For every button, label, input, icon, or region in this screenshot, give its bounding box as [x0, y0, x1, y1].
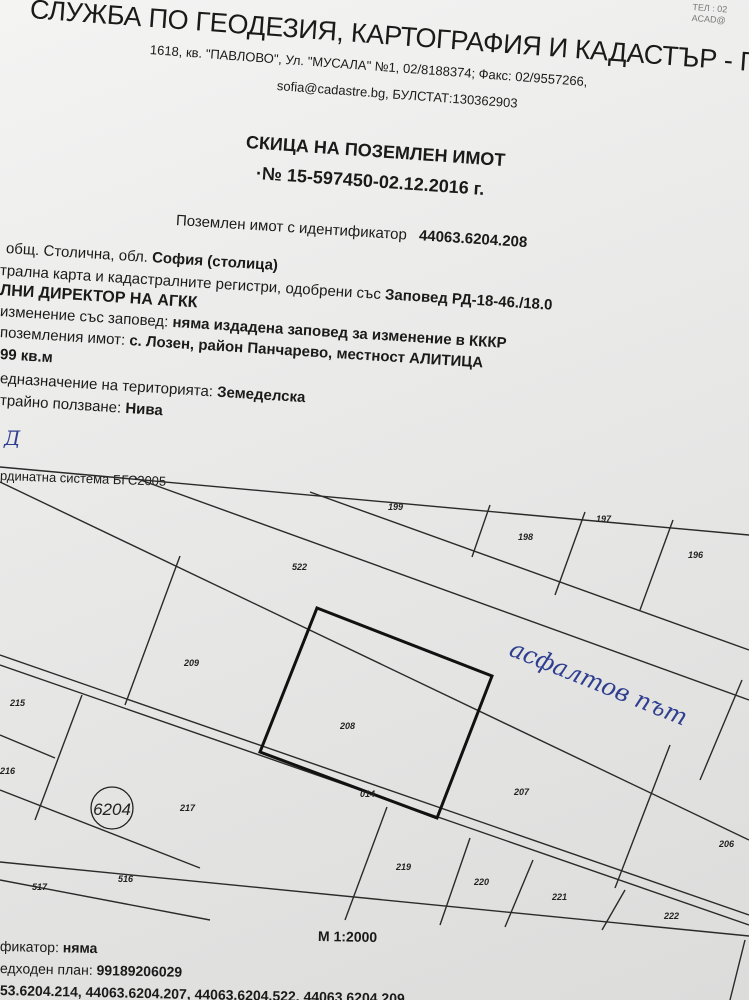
- map-scale: М 1:2000: [318, 928, 377, 945]
- parcel-196: 196: [688, 550, 704, 560]
- parcel-208: 208: [339, 721, 355, 731]
- footer-identifier-label: фикатор:: [0, 938, 59, 955]
- footer-plan-label: едходен план:: [0, 960, 93, 978]
- footer-identifier-value: няма: [63, 939, 98, 956]
- parcel-217: 217: [179, 803, 196, 813]
- parcel-516: 516: [118, 874, 134, 884]
- parcel-209: 209: [183, 658, 199, 668]
- handwritten-mark: Д: [3, 426, 21, 450]
- parcel-197: 197: [596, 514, 612, 524]
- footer-plan-value: 99189206029: [96, 962, 182, 980]
- parcel-014: 014: [360, 789, 375, 799]
- parcel-216: 216: [0, 766, 16, 776]
- parcel-207: 207: [513, 787, 530, 797]
- parcel-517: 517: [32, 882, 48, 892]
- parcel-219: 219: [395, 862, 411, 872]
- parcel-222: 222: [663, 911, 679, 921]
- parcel-198: 198: [518, 532, 533, 542]
- parcel-206: 206: [718, 839, 735, 849]
- handwritten-road-note: асфалтов път: [506, 635, 692, 732]
- parcel-220: 220: [473, 877, 489, 887]
- subject-parcel-outline: [260, 608, 492, 818]
- parcel-199: 199: [388, 502, 403, 512]
- cadastral-sketch-document: СЛУЖБА ПО ГЕОДЕЗИЯ, КАРТОГРАФИЯ И КАДАСТ…: [0, 0, 749, 1000]
- footer-identifier-row: фикатор: няма: [0, 938, 98, 956]
- parcel-215: 215: [9, 698, 26, 708]
- cadastral-map: 6204 199 198 197 196 522 209 208 207 206…: [0, 0, 749, 1000]
- parcel-522: 522: [292, 562, 307, 572]
- cadastral-area-label: 6204: [93, 800, 131, 819]
- parcel-221: 221: [551, 892, 567, 902]
